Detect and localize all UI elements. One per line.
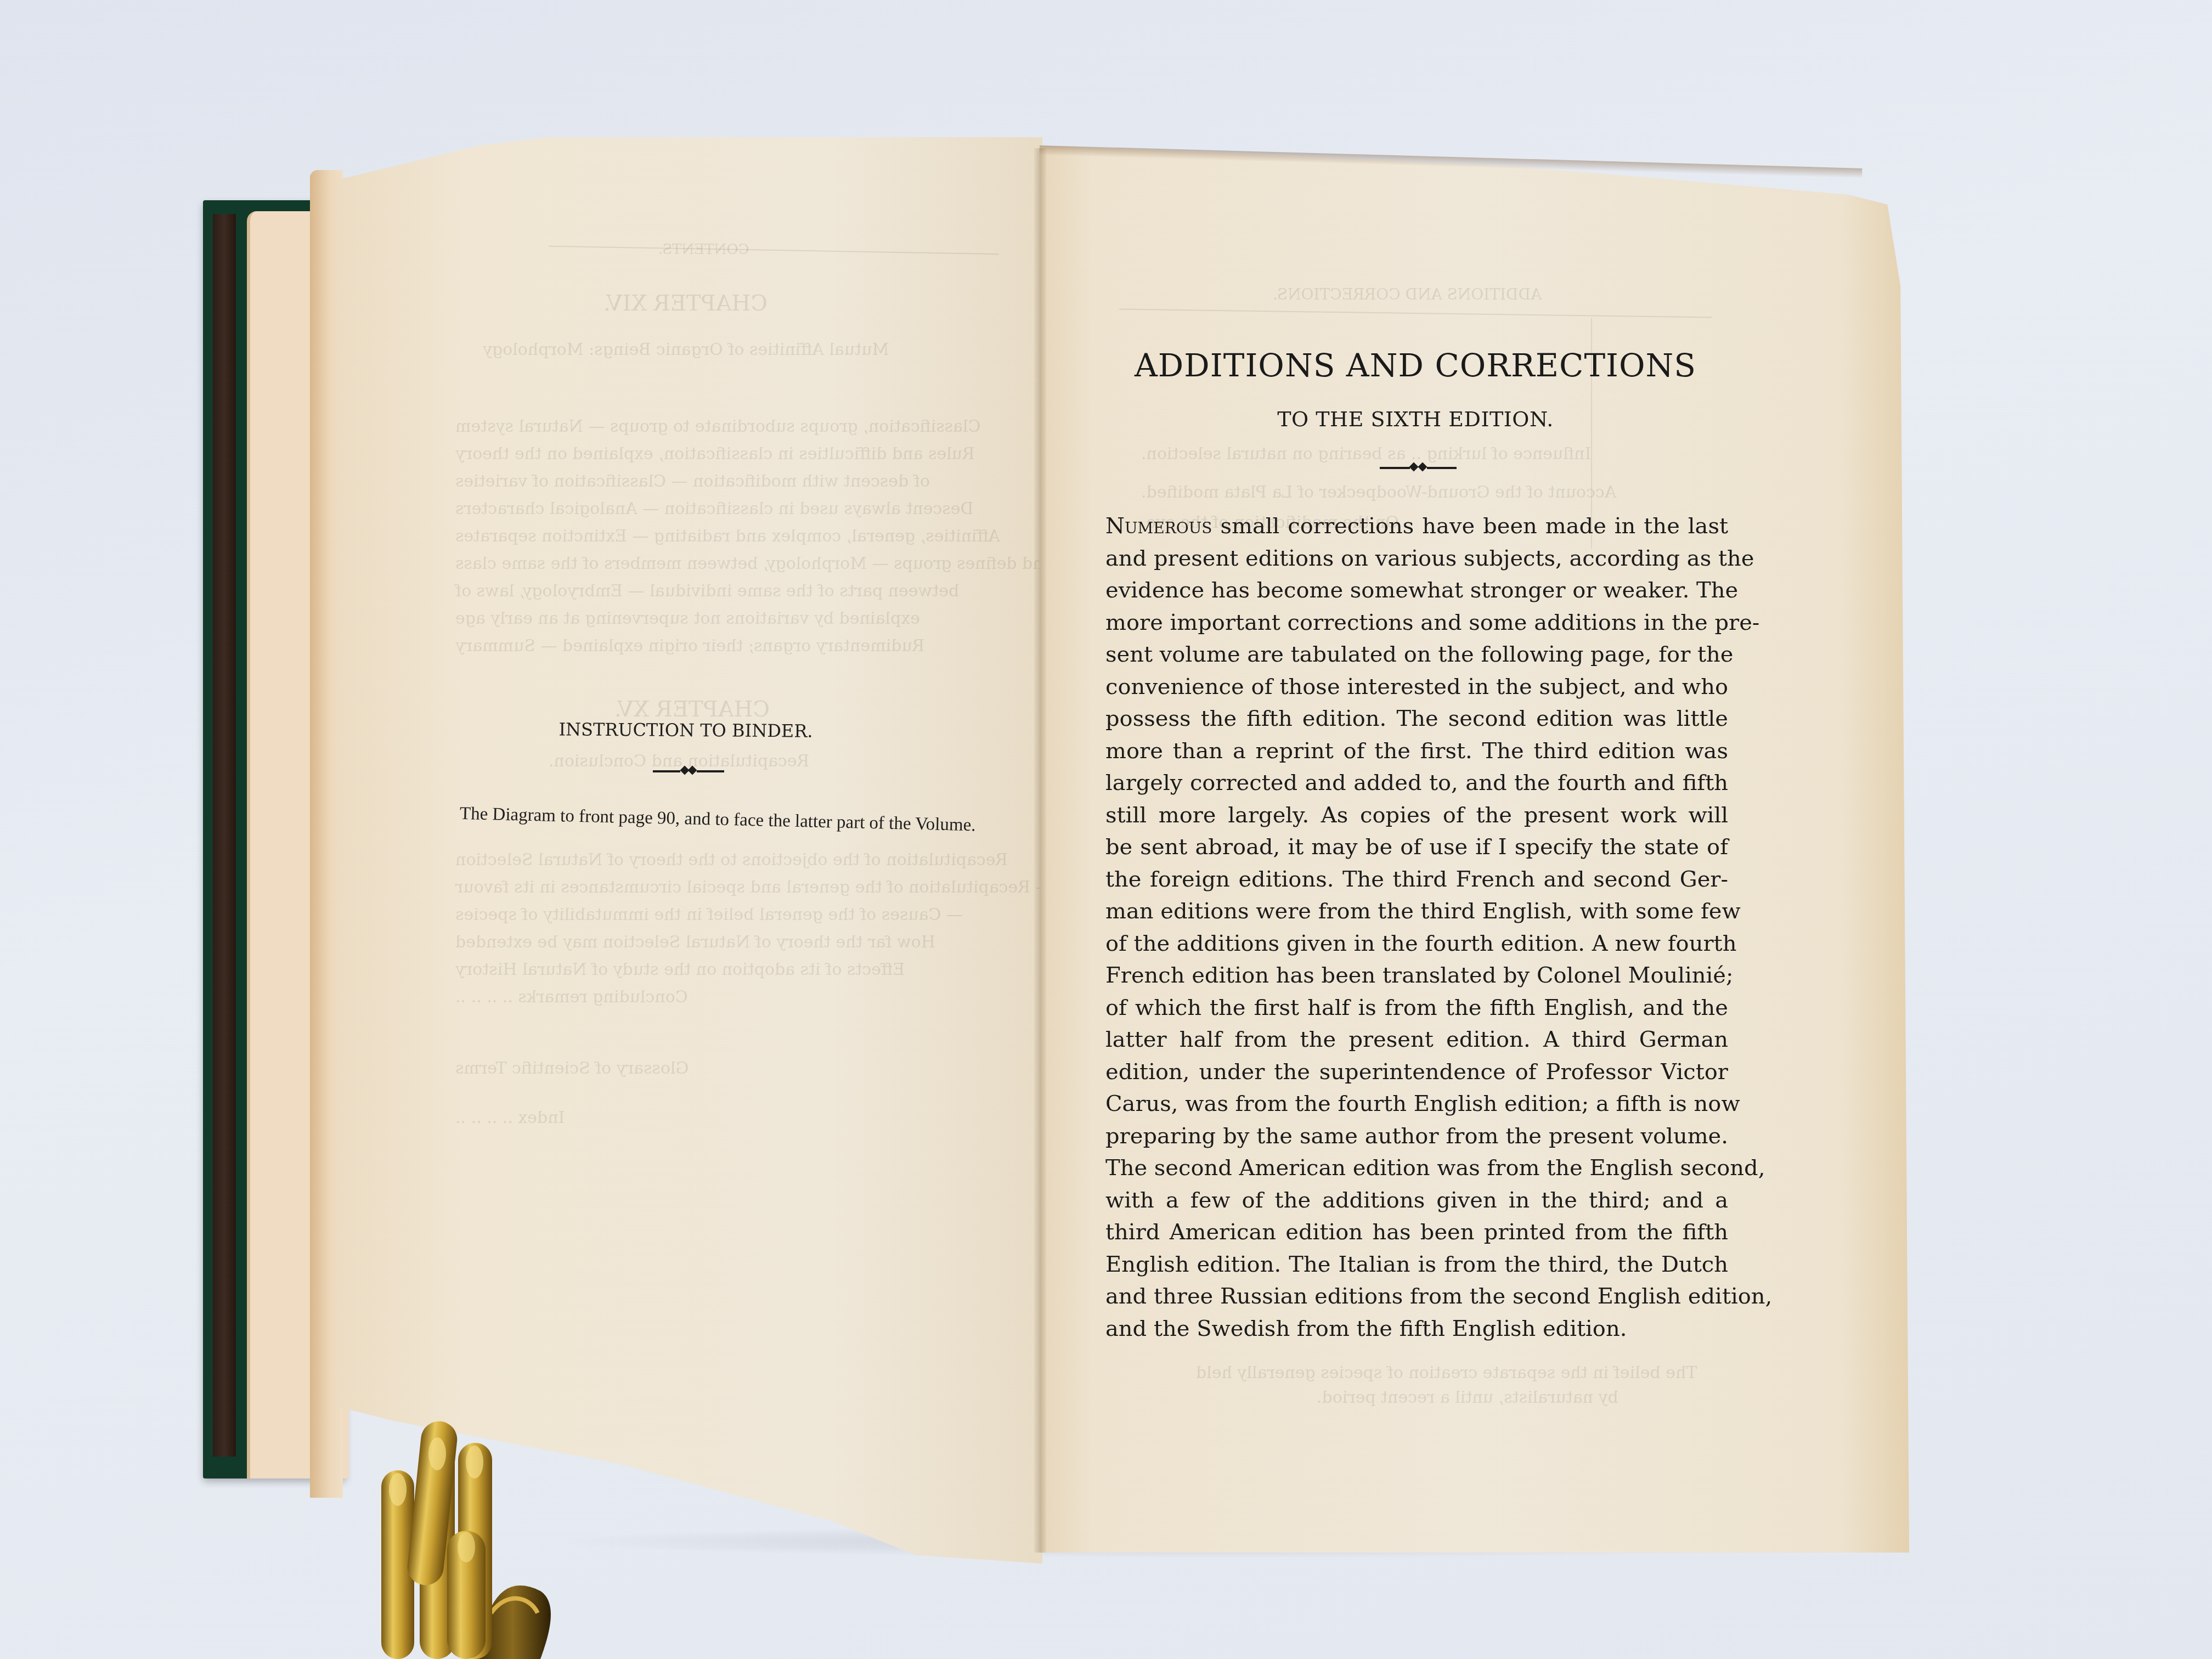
body-line: possess the fifth edition. The second ed…: [1105, 703, 1728, 735]
body-line: Carus, was from the fourth English editi…: [1105, 1088, 1728, 1120]
body-line: Numerous small corrections have been mad…: [1105, 510, 1728, 543]
show-through-text: Mutual Affinities of Organic Beings: Mor…: [483, 340, 889, 359]
show-through-text: Effects of its adoption on the study of …: [455, 960, 905, 979]
show-through-text: CHAPTER XIV.: [603, 291, 768, 316]
show-through-text: Account of the Ground-Woodpecker of La P…: [1141, 483, 1616, 502]
show-through-text: of descent with modification — Classific…: [455, 472, 930, 491]
show-through-text: explained by variations not supervening …: [455, 609, 920, 628]
body-line: evidence has become somewhat stronger or…: [1105, 574, 1728, 607]
body-line: be sent abroad, it may be of use if I sp…: [1105, 831, 1728, 864]
body-line: man editions were from the third English…: [1105, 895, 1728, 928]
show-through-text: — Recapitulation of the general and spec…: [455, 878, 1052, 897]
binder-instruction-heading: INSTRUCTION TO BINDER.: [505, 719, 867, 742]
show-through-text: ADDITIONS AND CORRECTIONS.: [1273, 285, 1542, 303]
ornament-divider-icon: [653, 768, 724, 774]
show-through-text: Influence of lurking .. as bearing on na…: [1141, 444, 1591, 464]
show-through-text: Rudimentary organs; their origin explain…: [455, 636, 924, 656]
ornament-divider-icon: [1380, 465, 1457, 470]
show-through-text: Concluding remarks .. .. .. ..: [455, 988, 688, 1007]
body-line: more than a reprint of the first. The th…: [1105, 735, 1728, 768]
show-through-text: How far the theory of Natural Selection …: [455, 933, 935, 952]
page-subtitle: TO THE SIXTH EDITION.: [1092, 407, 1739, 431]
body-line: of the additions given in the fourth edi…: [1105, 928, 1728, 960]
body-line: English edition. The Italian is from the…: [1105, 1249, 1728, 1281]
show-through-text: Index .. .. .. ..: [455, 1108, 565, 1127]
page-title: ADDITIONS AND CORRECTIONS: [1092, 347, 1739, 384]
body-line: with a few of the additions given in the…: [1105, 1184, 1728, 1217]
body-line: and present editions on various subjects…: [1105, 543, 1728, 575]
body-line: third American edition has been printed …: [1105, 1216, 1728, 1249]
show-through-text: Glossary of Scientific Terms: [455, 1059, 689, 1078]
book-gutter: [1034, 148, 1046, 1553]
show-through-text: and defines groups — Morphology, between…: [455, 554, 1053, 573]
body-line: and the Swedish from the fifth English e…: [1105, 1313, 1728, 1345]
body-line: edition, under the superintendence of Pr…: [1105, 1056, 1728, 1088]
show-through-text: Rules and difficulties in classification…: [455, 444, 975, 464]
show-through-text: Recapitulation of the objections to the …: [455, 850, 1008, 870]
book-photo-scene: CONTENTS. CHAPTER XIV. Mutual Affinities…: [0, 0, 2212, 1659]
show-through-text: Affinities, general, complex and radiati…: [455, 527, 1000, 546]
body-line: The second American edition was from the…: [1105, 1152, 1728, 1184]
body-line: preparing by the same author from the pr…: [1105, 1120, 1728, 1153]
show-through-text: Descent always used in classification — …: [455, 499, 973, 518]
body-line: latter half from the present edition. A …: [1105, 1024, 1728, 1056]
show-through-text: Classification, groups subordinate to gr…: [455, 417, 980, 436]
show-through-text: between parts of the same individual — E…: [455, 582, 959, 601]
body-first-word: Numerous: [1105, 513, 1212, 539]
body-line: the foreign editions. The third French a…: [1105, 864, 1728, 896]
show-through-text: by naturalists, until a recent period.: [1317, 1388, 1618, 1407]
body-line: and three Russian editions from the seco…: [1105, 1280, 1728, 1313]
body-paragraph: Numerous small corrections have been mad…: [1105, 510, 1728, 1345]
body-line: still more largely. As copies of the pre…: [1105, 799, 1728, 832]
body-line: largely corrected and added to, and the …: [1105, 767, 1728, 799]
body-line: more important corrections and some addi…: [1105, 607, 1728, 639]
show-through-text: — Causes of the general belief in the im…: [455, 905, 963, 924]
show-through-text: CHAPTER XV.: [614, 697, 770, 722]
body-line: sent volume are tabulated on the followi…: [1105, 639, 1728, 671]
body-line: convenience of those interested in the s…: [1105, 671, 1728, 703]
body-line: French edition has been translated by Co…: [1105, 960, 1728, 992]
body-line: of which the first half is from the fift…: [1105, 992, 1728, 1024]
cover-spine-edge: [213, 214, 236, 1457]
brass-hand-bookend-icon: [310, 1372, 639, 1659]
show-through-text: The belief in the separate creation of s…: [1196, 1363, 1697, 1383]
body-line-text: small corrections have been made in the …: [1212, 513, 1728, 539]
